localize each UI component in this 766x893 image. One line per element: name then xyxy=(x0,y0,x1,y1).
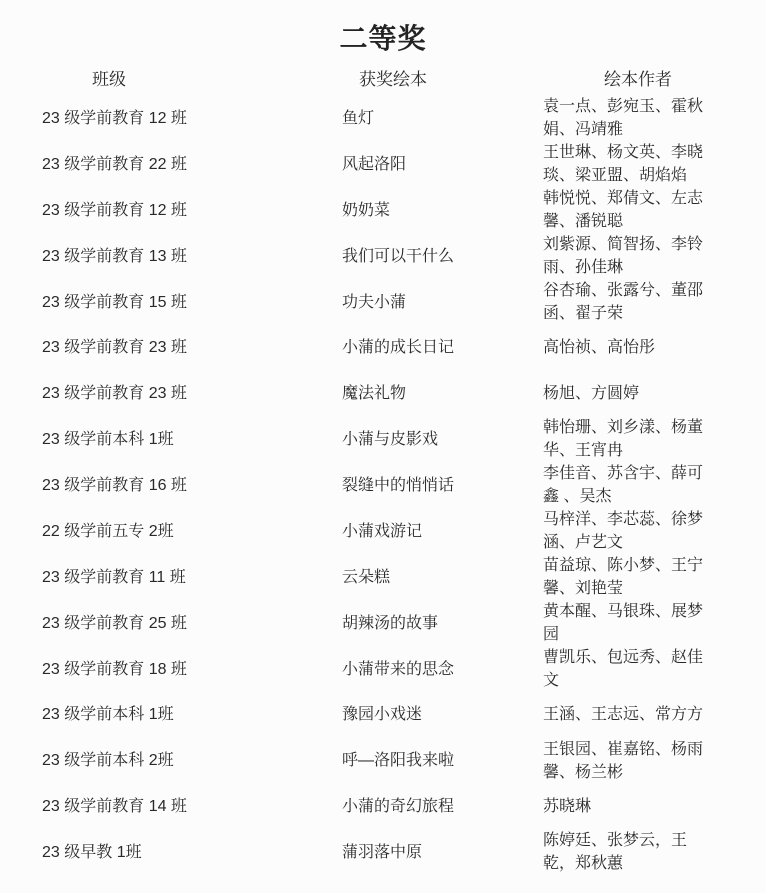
authors-cell: 马梓洋、李芯蕊、徐梦涵、卢艺文 xyxy=(543,508,710,554)
class-cell: 23 级学前教育 13 班 xyxy=(42,245,342,268)
class-cell: 23 级学前本科 2班 xyxy=(42,749,342,772)
authors-cell: 袁一点、彭宛玉、霍秋娟、冯靖雅 xyxy=(543,95,710,141)
table-row: 23 级学前教育 12 班 鱼灯 袁一点、彭宛玉、霍秋娟、冯靖雅 xyxy=(0,95,766,141)
authors-cell: 高怡祯、高怡彤 xyxy=(543,336,710,359)
class-cell: 23 级学前教育 23 班 xyxy=(42,382,342,405)
book-cell: 小蒲的成长日记 xyxy=(342,336,543,359)
authors-cell: 王世琳、杨文英、李晓琰、梁亚盟、胡焰焰 xyxy=(543,141,710,187)
authors-cell: 王银园、崔嘉铭、杨雨馨、杨兰彬 xyxy=(543,738,710,784)
book-cell: 小蒲与皮影戏 xyxy=(342,428,543,451)
book-cell: 胡辣汤的故事 xyxy=(342,612,543,635)
document-page: 二等奖 班级 获奖绘本 绘本作者 23 级学前教育 12 班 鱼灯 袁一点、彭宛… xyxy=(0,0,766,893)
class-cell: 23 级学前教育 15 班 xyxy=(42,291,342,314)
authors-cell: 曹凯乐、包远秀、赵佳文 xyxy=(543,646,710,692)
book-cell: 云朵糕 xyxy=(342,566,543,589)
book-cell: 鱼灯 xyxy=(342,107,543,130)
authors-cell: 谷杏瑜、张露兮、董邵函、翟子荣 xyxy=(543,279,710,325)
book-cell: 呼—洛阳我来啦 xyxy=(342,749,543,772)
table-row: 23 级学前教育 22 班 风起洛阳 王世琳、杨文英、李晓琰、梁亚盟、胡焰焰 xyxy=(0,141,766,187)
table-row: 23 级学前教育 13 班 我们可以干什么 刘紫源、简智扬、李铃雨、孙佳琳 xyxy=(0,233,766,279)
table-row: 23 级学前教育 16 班 裂缝中的悄悄话 李佳音、苏含宇、薛可鑫 、吴杰 xyxy=(0,462,766,508)
authors-cell: 杨旭、方圆婷 xyxy=(543,382,710,405)
class-cell: 23 级学前本科 1班 xyxy=(42,703,342,726)
table-row: 23 级学前教育 23 班 魔法礼物 杨旭、方圆婷 xyxy=(0,371,766,417)
table-row: 23 级学前教育 23 班 小蒲的成长日记 高怡祯、高怡彤 xyxy=(0,325,766,371)
class-cell: 23 级学前本科 1班 xyxy=(42,428,342,451)
book-cell: 奶奶菜 xyxy=(342,199,543,222)
class-cell: 23 级早教 1班 xyxy=(42,841,342,864)
book-cell: 蒲羽落中原 xyxy=(342,841,543,864)
authors-cell: 王涵、王志远、常方方 xyxy=(543,703,710,726)
class-cell: 23 级学前教育 11 班 xyxy=(42,566,342,589)
class-cell: 23 级学前教育 12 班 xyxy=(42,107,342,130)
column-header-class: 班级 xyxy=(42,70,342,90)
authors-cell: 刘紫源、简智扬、李铃雨、孙佳琳 xyxy=(543,233,710,279)
class-cell: 22 级学前五专 2班 xyxy=(42,520,342,543)
award-table: 23 级学前教育 12 班 鱼灯 袁一点、彭宛玉、霍秋娟、冯靖雅 23 级学前教… xyxy=(0,95,766,875)
table-row: 23 级学前教育 25 班 胡辣汤的故事 黄本醒、马银珠、展梦园 xyxy=(0,600,766,646)
table-row: 23 级学前教育 18 班 小蒲带来的思念 曹凯乐、包远秀、赵佳文 xyxy=(0,646,766,692)
authors-cell: 韩悦悦、郑倩文、左志馨、潘锐聪 xyxy=(543,187,710,233)
class-cell: 23 级学前教育 25 班 xyxy=(42,612,342,635)
table-row: 23 级学前教育 11 班 云朵糕 苗益琼、陈小梦、王宁馨、刘艳莹 xyxy=(0,554,766,600)
class-cell: 23 级学前教育 12 班 xyxy=(42,199,342,222)
table-row: 23 级学前教育 15 班 功夫小蒲 谷杏瑜、张露兮、董邵函、翟子荣 xyxy=(0,279,766,325)
book-cell: 小蒲带来的思念 xyxy=(342,658,543,681)
column-header-authors: 绘本作者 xyxy=(543,70,766,90)
table-row: 23 级学前本科 1班 豫园小戏迷 王涵、王志远、常方方 xyxy=(0,692,766,738)
book-cell: 我们可以干什么 xyxy=(342,245,543,268)
table-row: 23 级学前本科 2班 呼—洛阳我来啦 王银园、崔嘉铭、杨雨馨、杨兰彬 xyxy=(0,738,766,784)
class-cell: 23 级学前教育 14 班 xyxy=(42,795,342,818)
book-cell: 豫园小戏迷 xyxy=(342,703,543,726)
book-cell: 风起洛阳 xyxy=(342,153,543,176)
authors-cell: 韩怡珊、刘乡漾、杨董华、王宵冉 xyxy=(543,416,710,462)
table-header: 班级 获奖绘本 绘本作者 xyxy=(0,70,766,90)
table-row: 23 级学前教育 12 班 奶奶菜 韩悦悦、郑倩文、左志馨、潘锐聪 xyxy=(0,187,766,233)
table-row: 23 级学前本科 1班 小蒲与皮影戏 韩怡珊、刘乡漾、杨董华、王宵冉 xyxy=(0,416,766,462)
class-cell: 23 级学前教育 22 班 xyxy=(42,153,342,176)
class-cell: 23 级学前教育 16 班 xyxy=(42,474,342,497)
authors-cell: 苏晓琳 xyxy=(543,795,710,818)
authors-cell: 陈婷廷、张梦云，王乾，郑秋蕙 xyxy=(543,829,710,875)
column-header-book: 获奖绘本 xyxy=(342,70,543,90)
table-row: 23 级学前教育 14 班 小蒲的奇幻旅程 苏晓琳 xyxy=(0,784,766,830)
book-cell: 裂缝中的悄悄话 xyxy=(342,474,543,497)
book-cell: 魔法礼物 xyxy=(342,382,543,405)
book-cell: 功夫小蒲 xyxy=(342,291,543,314)
authors-cell: 黄本醒、马银珠、展梦园 xyxy=(543,600,710,646)
class-cell: 23 级学前教育 18 班 xyxy=(42,658,342,681)
table-row: 23 级早教 1班 蒲羽落中原 陈婷廷、张梦云，王乾，郑秋蕙 xyxy=(0,829,766,875)
book-cell: 小蒲的奇幻旅程 xyxy=(342,795,543,818)
table-row: 22 级学前五专 2班 小蒲戏游记 马梓洋、李芯蕊、徐梦涵、卢艺文 xyxy=(0,508,766,554)
page-title: 二等奖 xyxy=(0,0,766,56)
book-cell: 小蒲戏游记 xyxy=(342,520,543,543)
authors-cell: 苗益琼、陈小梦、王宁馨、刘艳莹 xyxy=(543,554,710,600)
authors-cell: 李佳音、苏含宇、薛可鑫 、吴杰 xyxy=(543,462,710,508)
class-cell: 23 级学前教育 23 班 xyxy=(42,336,342,359)
